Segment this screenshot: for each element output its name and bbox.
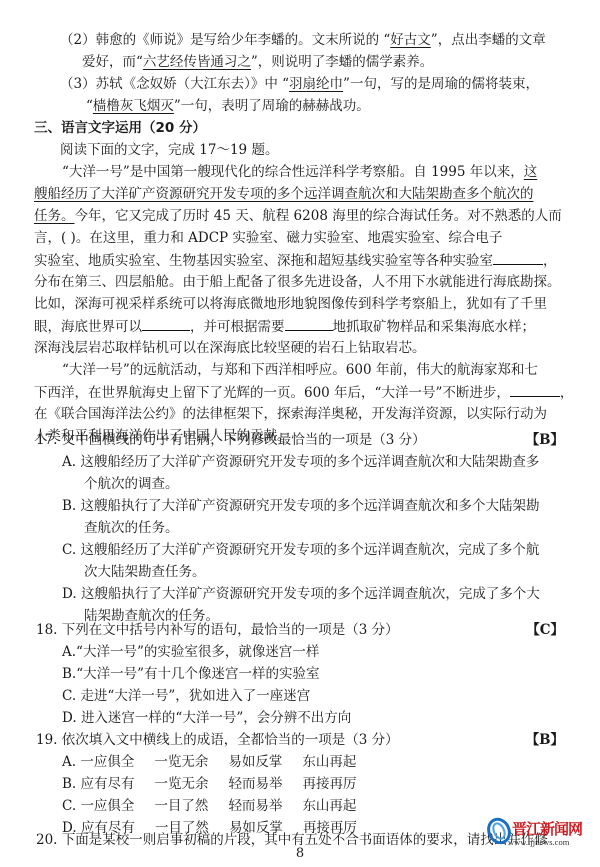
question-number: 17.: [36, 432, 57, 448]
passage-line: 比如，深海可视采样系统可以将海底微地形地貌图像传到科学考察船上，犹如有了千里: [34, 294, 547, 314]
text: ，: [543, 253, 557, 269]
text: 苏轼《念奴娇（大江东去）》中 “: [96, 76, 289, 92]
passage-line: 分布在第三、四层船舱。由于船上配备了很多先进设备，人不用下水就能进行海底勘探。: [34, 272, 561, 292]
option-a: A.“大洋一号”的实验室很多，就像迷宫一样: [62, 642, 319, 662]
idiom: 一览无余: [154, 752, 228, 772]
option-label: B.: [62, 666, 76, 682]
question-19-stem: 19. 依次填入文中横线上的成语，全都恰当的一项是（3 分） 【B】: [36, 730, 564, 750]
underlined-answer: 羽扇纶巾: [289, 76, 343, 92]
option-b-cont: 查航次的任务。: [84, 518, 179, 538]
option-text: 走进“大洋一号”，犹如进入了一座迷宫: [80, 688, 310, 704]
item-2-line-1: （2）韩愈的《师说》是写给少年李蟠的。文末所说的 “好古文”，点出李蟠的文章: [60, 30, 546, 50]
underlined-sentence: 这: [524, 164, 538, 180]
question-stem: 文中画横线的句子有语病，下列修改最恰当的一项是（3 分）: [62, 432, 426, 448]
option-d: D. 这艘船执行了大洋矿产资源研究开发专项的多个远洋调查航次，完成了多个大: [62, 584, 540, 604]
option-a: A. 这艘船经历了大洋矿产资源研究开发专项的多个远洋调查航次和大陆架勘查多: [62, 452, 539, 472]
option-label: B.: [62, 498, 76, 514]
question-17-stem: 17. 文中画横线的句子有语病，下列修改最恰当的一项是（3 分） 【B】: [36, 430, 564, 450]
text: ，: [560, 385, 574, 401]
text: ”一句，写的是周瑜的儒将装束，: [343, 76, 539, 92]
answer-badge: 【B】: [526, 430, 564, 450]
text: ”，则说明了李蟠的儒学素养。: [251, 54, 433, 70]
idiom: 轻而易举: [229, 774, 303, 794]
text: 今年，它又完成了历时 45 天、航程 6208 海里的综合海试任务。对不熟悉的人…: [75, 208, 562, 224]
option-label: C.: [62, 798, 76, 814]
underlined-answer: 六艺经传皆通习之: [143, 54, 251, 70]
question-number: 18.: [36, 622, 57, 638]
option-c: C. 走进“大洋一号”，犹如进入了一座迷宫: [62, 686, 310, 706]
option-text: “大洋一号”有十几个像迷宫一样的实验室: [76, 666, 319, 682]
question-number: 19.: [36, 732, 57, 748]
option-text: “大洋一号”的实验室很多，就像迷宫一样: [76, 644, 319, 660]
idiom: 应有尽有: [81, 774, 155, 794]
underlined-sentence: 任务。: [34, 208, 75, 224]
passage-line: 在《联合国海洋法公约》的法律框架下，探索海洋奥秘，开发海洋资源，以实际行动为: [34, 404, 547, 424]
passage-line: 深海浅层岩芯取样钻机可以在深海底比较坚硬的岩石上钻取岩芯。: [34, 338, 426, 358]
fill-blank: [510, 382, 560, 397]
passage-line: 言，( )。在这里，重力和 ADCP 实验室、磁力实验室、地震实验室、综合电子: [34, 228, 502, 248]
option-label: B.: [62, 776, 76, 792]
passage-line: “大洋一号”的远航活动，与郑和下西洋相呼应。600 年前，伟大的航海家郑和七: [62, 360, 538, 380]
option-label: A.: [62, 754, 76, 770]
idiom: 一览无余: [155, 774, 229, 794]
item-number: （3）: [60, 76, 96, 92]
text: 下西洋，在世界航海史上留下了光辉的一页。600 年后，“大洋一号”不断进步，: [34, 385, 510, 401]
text: ”，点出李蟠的文章: [431, 32, 546, 48]
item-number: （2）: [60, 32, 96, 48]
page-number: 8: [0, 846, 600, 861]
option-label: D.: [62, 586, 77, 602]
idiom: 易如反掌: [228, 752, 302, 772]
text: 实验室、地质实验室、生物基因实验室、深拖和超短基线实验室等各种实验室: [34, 253, 493, 269]
option-label: A.: [62, 454, 76, 470]
item-2-line-2: 爱好，而“六艺经传皆通习之”，则说明了李蟠的儒学素养。: [82, 52, 433, 72]
idiom: 一目了然: [154, 796, 228, 816]
fill-blank: [285, 316, 333, 331]
fill-blank: [142, 316, 190, 331]
section-title: 三、语言文字运用（20 分）: [34, 118, 206, 138]
option-c: C. 一应俱全一目了然轻而易举东山再起: [62, 796, 376, 816]
idiom: 一应俱全: [80, 752, 154, 772]
text: “大洋一号”是中国第一艘现代化的综合性远洋科学考察船。自 1995 年以来，: [62, 164, 524, 180]
passage-line: “大洋一号”是中国第一艘现代化的综合性远洋科学考察船。自 1995 年以来，这: [62, 162, 537, 182]
option-text: 这艘船执行了大洋矿产资源研究开发专项的多个远洋调查航次和多个大陆架勘: [81, 498, 540, 514]
passage-line: 实验室、地质实验室、生物基因实验室、深拖和超短基线实验室等各种实验室，: [34, 250, 557, 270]
passage-line: 下西洋，在世界航海史上留下了光辉的一页。600 年后，“大洋一号”不断进步，，: [34, 382, 573, 402]
text: ”一句，表明了周瑜的赫赫战功。: [174, 98, 370, 114]
item-3-line-2: “樯橹灰飞烟灭”一句，表明了周瑜的赫赫战功。: [86, 96, 370, 116]
option-text: 进入迷宫一样的“大洋一号”，会分辨不出方向: [81, 710, 351, 726]
option-c-cont: 次大陆架勘查任务。: [84, 562, 206, 582]
item-3-line-1: （3）苏轼《念奴娇（大江东去）》中 “羽扇纶巾”一句，写的是周瑜的儒将装束，: [60, 74, 539, 94]
answer-badge: 【B】: [526, 730, 564, 750]
option-a-cont: 个航次的调查。: [84, 474, 179, 494]
option-label: A.: [62, 644, 76, 660]
text: 地抓取矿物样品和采集海底水样；: [333, 319, 536, 335]
question-stem: 依次填入文中横线上的成语，全都恰当的一项是（3 分）: [62, 732, 399, 748]
option-b: B. 这艘船执行了大洋矿产资源研究开发专项的多个远洋调查航次和多个大陆架勘: [62, 496, 540, 516]
option-d: D. 进入迷宫一样的“大洋一号”，会分辨不出方向: [62, 708, 351, 728]
option-c: C. 这艘船经历了大洋矿产资源研究开发专项的多个远洋调查航次，完成了多个航: [62, 540, 539, 560]
underlined-answer: 樯橹灰飞烟灭: [93, 98, 174, 114]
fill-blank: [493, 250, 543, 265]
option-text: 这艘船经历了大洋矿产资源研究开发专项的多个远洋调查航次，完成了多个航: [80, 542, 539, 558]
option-text: 这艘船经历了大洋矿产资源研究开发专项的多个远洋调查航次和大陆架勘查多: [80, 454, 539, 470]
watermark-name: 晋江新闻网: [512, 818, 582, 839]
idiom: 东山再起: [302, 752, 376, 772]
question-18-stem: 18. 下列在文中括号内补写的语句，最恰当的一项是（3 分） 【C】: [36, 620, 564, 640]
option-a: A. 一应俱全一览无余易如反掌东山再起: [62, 752, 376, 772]
question-stem: 下列在文中括号内补写的语句，最恰当的一项是（3 分）: [62, 622, 399, 638]
section-instruction: 阅读下面的文字，完成 17～19 题。: [60, 140, 278, 160]
option-text: 这艘船执行了大洋矿产资源研究开发专项的多个远洋调查航次，完成了多个大: [81, 586, 540, 602]
text: 韩愈的《师说》是写给少年李蟠的。文末所说的 “: [96, 32, 391, 48]
option-b: B. 应有尽有一览无余轻而易举再接再厉: [62, 774, 377, 794]
passage-line: 任务。今年，它又完成了历时 45 天、航程 6208 海里的综合海试任务。对不熟…: [34, 206, 562, 226]
underlined-sentence: 艘船经历了大洋矿产资源研究开发专项的多个远洋调查航次和大陆架勘查多个航次的: [34, 184, 534, 204]
idiom: 再接再厉: [303, 774, 377, 794]
option-label: D.: [62, 710, 77, 726]
answer-badge: 【C】: [526, 620, 564, 640]
idiom: 一应俱全: [80, 796, 154, 816]
text: 眼，海底世界可以: [34, 319, 142, 335]
text: ，并可根据需要: [190, 319, 285, 335]
option-b: B.“大洋一号”有十几个像迷宫一样的实验室: [62, 664, 320, 684]
option-label: C.: [62, 542, 76, 558]
idiom: 轻而易举: [228, 796, 302, 816]
text: “: [86, 98, 93, 114]
idiom: 东山再起: [302, 796, 376, 816]
underlined-answer: 好古文: [390, 32, 431, 48]
passage-line: 眼，海底世界可以，并可根据需要地抓取矿物样品和采集海底水样；: [34, 316, 535, 336]
text: 爱好，而“: [82, 54, 143, 70]
option-label: C.: [62, 688, 76, 704]
